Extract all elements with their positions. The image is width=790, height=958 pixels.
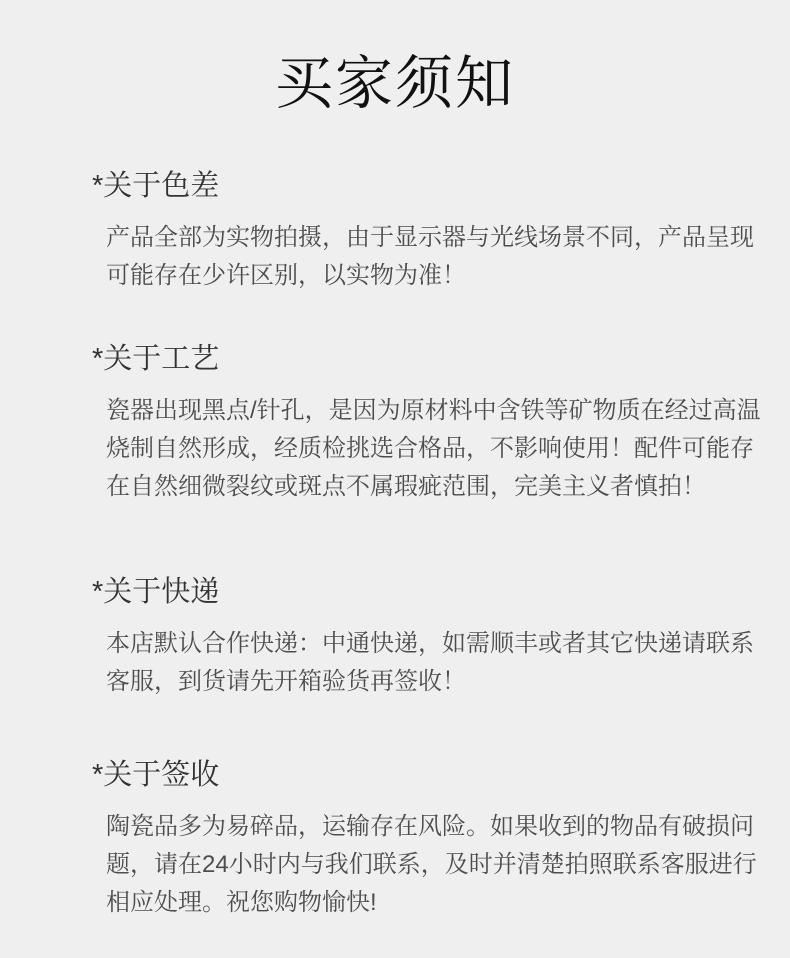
section-heading: *关于签收 xyxy=(92,755,790,795)
section-craftsmanship: *关于工艺 瓷器出现黑点/针孔，是因为原材料中含铁等矿物质在经过高温烧制自然形成… xyxy=(0,339,790,506)
section-body: 陶瓷品多为易碎品，运输存在风险。如果收到的物品有破损问题，请在24小时内与我们联… xyxy=(106,808,770,922)
section-body: 本店默认合作快递：中通快递，如需顺丰或者其它快递请联系客服，到货请先开箱验货再签… xyxy=(106,625,770,701)
notice-sections: *关于色差 产品全部为实物拍摄，由于显示器与光线场景不同，产品呈现可能存在少许区… xyxy=(0,166,790,922)
section-color-difference: *关于色差 产品全部为实物拍摄，由于显示器与光线场景不同，产品呈现可能存在少许区… xyxy=(0,166,790,295)
section-receipt: *关于签收 陶瓷品多为易碎品，运输存在风险。如果收到的物品有破损问题，请在24小… xyxy=(0,755,790,922)
section-heading: *关于工艺 xyxy=(92,339,790,379)
section-heading: *关于快递 xyxy=(92,572,790,612)
section-heading: *关于色差 xyxy=(92,166,790,206)
section-body: 产品全部为实物拍摄，由于显示器与光线场景不同，产品呈现可能存在少许区别，以实物为… xyxy=(106,219,770,295)
buyer-notice-page: 买家须知 *关于色差 产品全部为实物拍摄，由于显示器与光线场景不同，产品呈现可能… xyxy=(0,0,790,958)
page-title: 买家须知 xyxy=(0,0,790,116)
section-body: 瓷器出现黑点/针孔，是因为原材料中含铁等矿物质在经过高温烧制自然形成，经质检挑选… xyxy=(106,392,770,506)
section-shipping: *关于快递 本店默认合作快递：中通快递，如需顺丰或者其它快递请联系客服，到货请先… xyxy=(0,572,790,701)
